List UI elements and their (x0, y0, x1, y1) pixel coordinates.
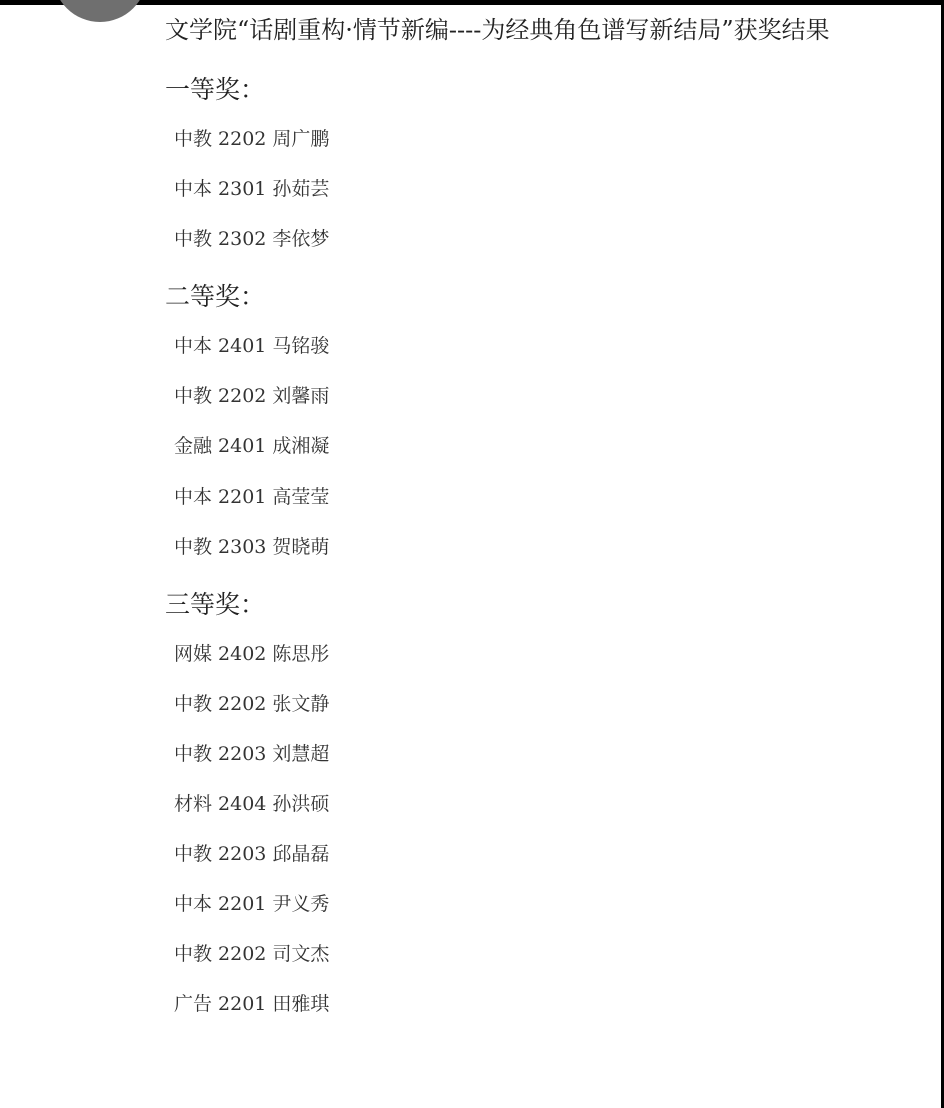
list-item: 中本 2401 马铭骏 (174, 331, 329, 358)
list-item: 中教 2203 刘慧超 (174, 739, 329, 766)
list-item: 网媒 2402 陈思彤 (174, 639, 329, 666)
section-heading-first-prize: 一等奖： (165, 70, 265, 106)
section-heading-third-prize: 三等奖： (165, 585, 265, 621)
section-heading-second-prize: 二等奖： (165, 277, 265, 313)
list-item: 中教 2202 周广鹏 (174, 124, 329, 151)
top-frame-strip (0, 0, 944, 5)
list-item: 中教 2303 贺晓萌 (174, 532, 329, 559)
list-item: 材料 2404 孙洪硕 (174, 789, 329, 816)
list-item: 中本 2201 尹义秀 (174, 889, 329, 916)
list-item: 中教 2202 张文静 (174, 689, 329, 716)
list-item: 中本 2301 孙茹芸 (174, 174, 329, 201)
list-item: 中教 2203 邱晶磊 (174, 839, 329, 866)
list-item: 中教 2202 刘馨雨 (174, 381, 329, 408)
list-item: 广告 2201 田雅琪 (174, 989, 329, 1016)
document-title: 文学院“话剧重构·情节新编----为经典角色谱写新结局”获奖结果 (165, 10, 830, 45)
overlay-circle-icon (53, 0, 147, 22)
list-item: 中教 2202 司文杰 (174, 939, 329, 966)
list-item: 中本 2201 高莹莹 (174, 482, 329, 509)
list-item: 中教 2302 李依梦 (174, 224, 329, 251)
list-item: 金融 2401 成湘凝 (174, 431, 329, 458)
